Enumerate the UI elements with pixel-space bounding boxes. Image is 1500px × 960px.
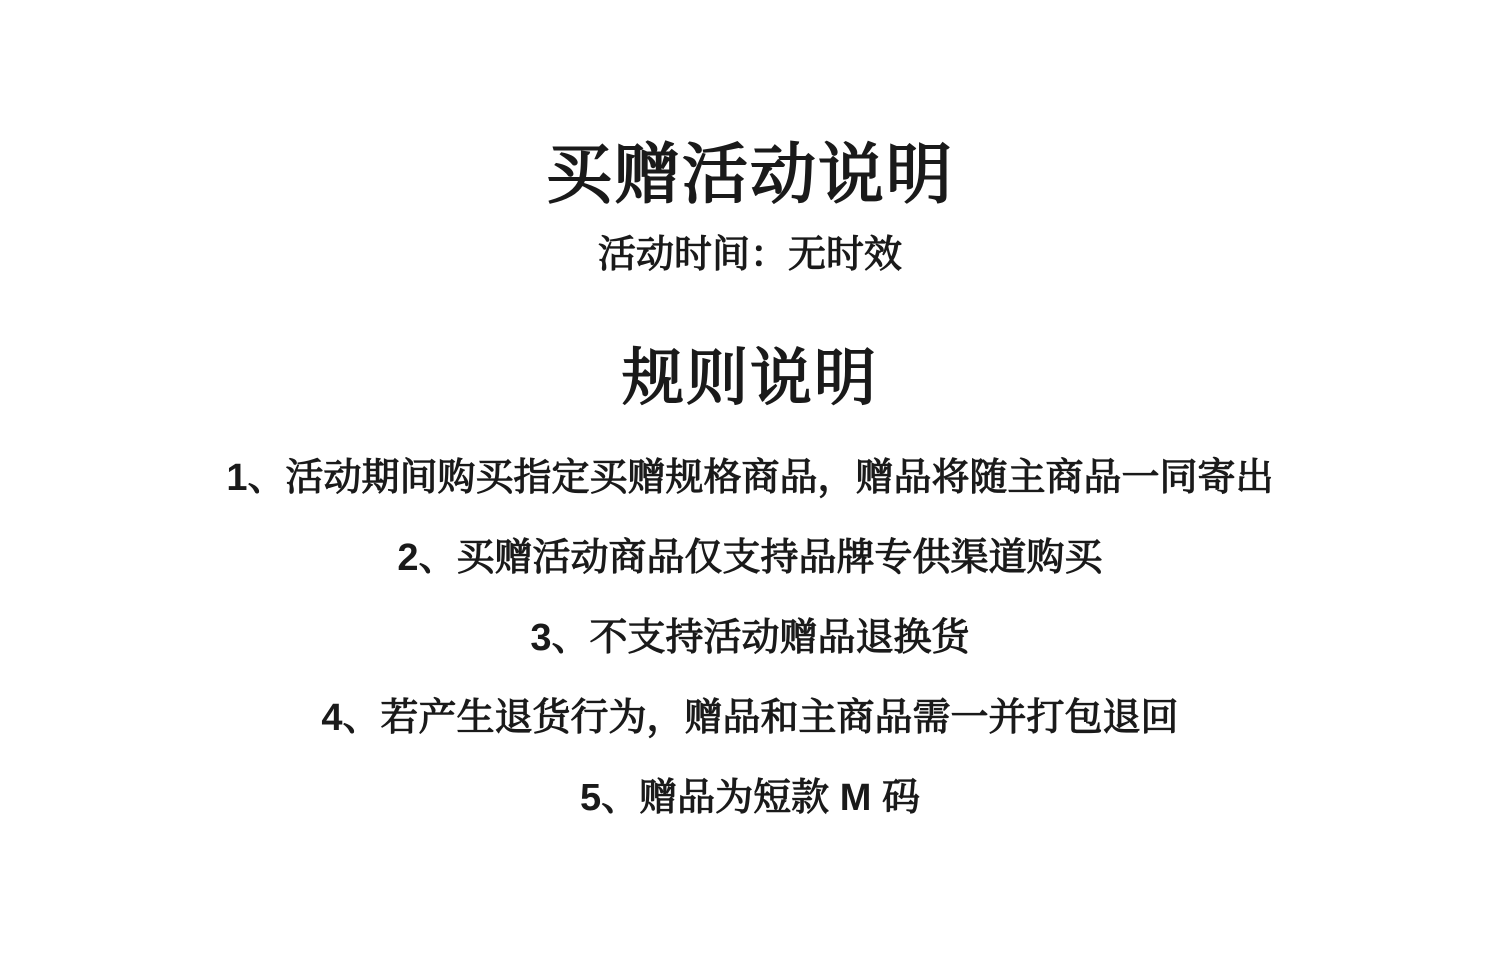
rule-item-4: 4、若产生退货行为，赠品和主商品需一并打包退回 [321, 678, 1178, 758]
rule-item-1: 1、活动期间购买指定买赠规格商品，赠品将随主商品一同寄出 [226, 438, 1273, 518]
rule-item-2: 2、买赠活动商品仅支持品牌专供渠道购买 [397, 518, 1102, 598]
rule-item-5: 5、赠品为短款 M 码 [580, 758, 920, 838]
activity-notice-page: 买赠活动说明 活动时间：无时效 规则说明 1、活动期间购买指定买赠规格商品，赠品… [0, 0, 1500, 960]
rules-list: 1、活动期间购买指定买赠规格商品，赠品将随主商品一同寄出 2、买赠活动商品仅支持… [0, 438, 1500, 838]
rule-item-3: 3、不支持活动赠品退换货 [530, 598, 969, 678]
rules-section-heading: 规则说明 [622, 338, 878, 420]
page-title: 买赠活动说明 [546, 132, 954, 216]
activity-time-subtitle: 活动时间：无时效 [598, 232, 902, 278]
